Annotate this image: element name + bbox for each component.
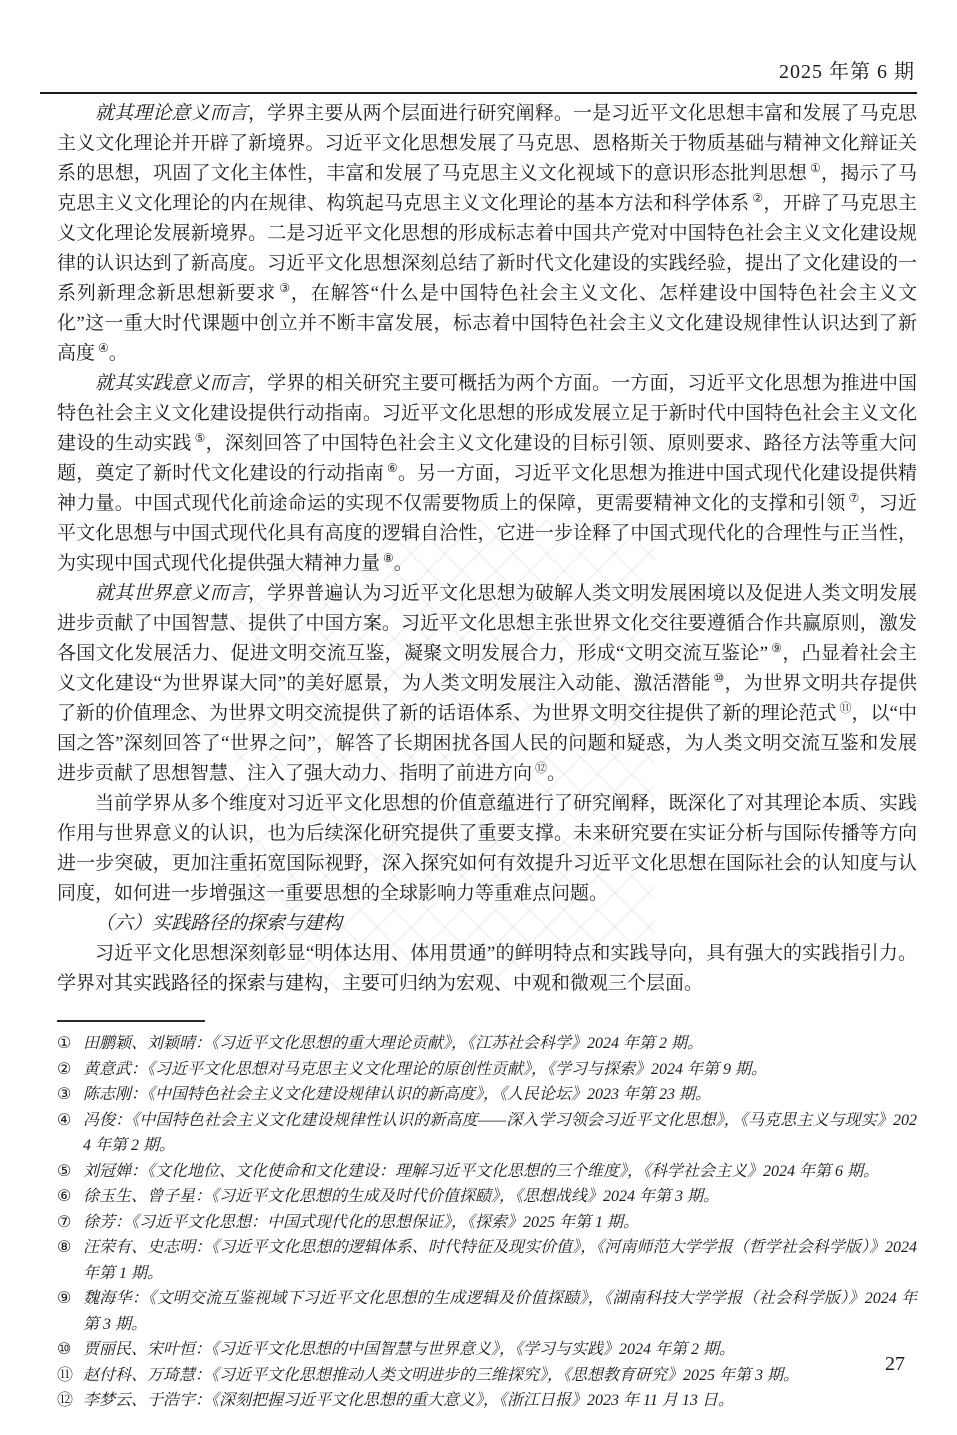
footnote-ref: ⑫ xyxy=(535,761,547,775)
footnotes-section: ①田鹏颖、刘颖晴：《习近平文化思想的重大理论贡献》，《江苏社会科学》2024 年… xyxy=(57,1031,917,1414)
footnote-item: ⑪赵付科、万琦慧：《习近平文化思想推动人类文明进步的三维探究》，《思想教育研究》… xyxy=(57,1363,917,1389)
footnote-marker: ⑪ xyxy=(57,1363,83,1389)
body-paragraph: 就其理论意义而言，学界主要从两个层面进行研究阐释。一是习近平文化思想丰富和发展了… xyxy=(57,99,917,369)
footnote-text: 徐芳：《习近平文化思想：中国式现代化的思想保证》，《探索》2025 年第 1 期… xyxy=(83,1210,917,1236)
footnote-ref: ④ xyxy=(98,341,109,355)
article-body: 就其理论意义而言，学界主要从两个层面进行研究阐释。一是习近平文化思想丰富和发展了… xyxy=(57,99,917,1414)
footnote-marker: ⑦ xyxy=(57,1210,83,1236)
lead-phrase: 就其实践意义而言 xyxy=(95,373,248,394)
body-paragraph: 就其世界意义而言，学界普遍认为习近平文化思想为破解人类文明发展困境以及促进人类文… xyxy=(57,579,917,789)
footnote-marker: ④ xyxy=(57,1108,83,1159)
journal-page: 2025 年第 6 期 就其理论意义而言，学界主要从两个层面进行研究阐释。一是习… xyxy=(0,0,957,1435)
footnote-marker: ⑫ xyxy=(57,1388,83,1414)
body-paragraph: 习近平文化思想深刻彰显“明体达用、体用贯通”的鲜明特点和实践导向，具有强大的实践… xyxy=(57,939,917,999)
footnote-text: 陈志刚：《中国特色社会主义文化建设规律认识的新高度》，《人民论坛》2023 年第… xyxy=(83,1082,917,1108)
footnote-text: 刘冠婵：《文化地位、文化使命和文化建设：理解习近平文化思想的三个维度》，《科学社… xyxy=(83,1159,917,1185)
footnote-marker: ⑧ xyxy=(57,1235,83,1286)
footnote-text: 魏海华：《文明交流互鉴视域下习近平文化思想的生成逻辑及价值探赜》，《湖南科技大学… xyxy=(83,1286,917,1337)
footnote-item: ⑦徐芳：《习近平文化思想：中国式现代化的思想保证》，《探索》2025 年第 1 … xyxy=(57,1210,917,1236)
footnote-item: ⑥徐玉生、曾子星：《习近平文化思想的生成及时代价值探赜》，《思想战线》2024 … xyxy=(57,1184,917,1210)
footnote-item: ①田鹏颖、刘颖晴：《习近平文化思想的重大理论贡献》，《江苏社会科学》2024 年… xyxy=(57,1031,917,1057)
footnote-marker: ⑥ xyxy=(57,1184,83,1210)
footnote-divider xyxy=(57,1020,205,1022)
footnote-text: 冯俊：《中国特色社会主义文化建设规律性认识的新高度——深入学习领会习近平文化思想… xyxy=(83,1108,917,1159)
issue-label: 2025 年第 6 期 xyxy=(779,55,915,84)
footnote-text: 汪荣有、史志明：《习近平文化思想的逻辑体系、时代特征及现实价值》，《河南师范大学… xyxy=(83,1235,917,1286)
footnote-item: ④冯俊：《中国特色社会主义文化建设规律性认识的新高度——深入学习领会习近平文化思… xyxy=(57,1108,917,1159)
footnote-item: ③陈志刚：《中国特色社会主义文化建设规律认识的新高度》，《人民论坛》2023 年… xyxy=(57,1082,917,1108)
footnote-item: ⑧汪荣有、史志明：《习近平文化思想的逻辑体系、时代特征及现实价值》，《河南师范大… xyxy=(57,1235,917,1286)
footnote-ref: ⑥ xyxy=(387,461,398,475)
footnote-text: 田鹏颖、刘颖晴：《习近平文化思想的重大理论贡献》，《江苏社会科学》2024 年第… xyxy=(83,1031,917,1057)
footnote-item: ⑩贾丽民、宋叶恒：《习近平文化思想的中国智慧与世界意义》，《学习与实践》2024… xyxy=(57,1337,917,1363)
footnote-item: ⑤刘冠婵：《文化地位、文化使命和文化建设：理解习近平文化思想的三个维度》，《科学… xyxy=(57,1159,917,1185)
footnote-item: ⑨魏海华：《文明交流互鉴视域下习近平文化思想的生成逻辑及价值探赜》，《湖南科技大… xyxy=(57,1286,917,1337)
footnote-text: 赵付科、万琦慧：《习近平文化思想推动人类文明进步的三维探究》，《思想教育研究》2… xyxy=(83,1363,917,1389)
footnote-ref: ① xyxy=(810,161,821,175)
footnote-text: 黄意武：《习近平文化思想对马克思主义文化理论的原创性贡献》，《学习与探索》202… xyxy=(83,1057,917,1083)
footnote-text: 徐玉生、曾子星：《习近平文化思想的生成及时代价值探赜》，《思想战线》2024 年… xyxy=(83,1184,917,1210)
footnote-ref: ⑪ xyxy=(840,701,852,715)
footnote-ref: ⑦ xyxy=(849,491,860,505)
body-paragraph: 当前学界从多个维度对习近平文化思想的价值意蕴进行了研究阐释，既深化了对其理论本质… xyxy=(57,789,917,909)
footnote-ref: ⑤ xyxy=(195,431,206,445)
page-number: 27 xyxy=(885,1353,905,1376)
footnote-ref: ③ xyxy=(279,281,291,295)
footnote-marker: ② xyxy=(57,1057,83,1083)
section-heading: （六）实践路径的探索与建构 xyxy=(57,909,917,939)
header-rule xyxy=(40,92,917,94)
paragraphs-container: 就其理论意义而言，学界主要从两个层面进行研究阐释。一是习近平文化思想丰富和发展了… xyxy=(57,99,917,999)
footnote-item: ②黄意武：《习近平文化思想对马克思主义文化理论的原创性贡献》，《学习与探索》20… xyxy=(57,1057,917,1083)
lead-phrase: 就其理论意义而言 xyxy=(95,103,248,124)
footnote-text: 李梦云、于浩宇：《深刻把握习近平文化思想的重大意义》，《浙江日报》2023 年 … xyxy=(83,1388,917,1414)
footnote-ref: ⑨ xyxy=(771,641,782,655)
footnote-marker: ⑨ xyxy=(57,1286,83,1337)
footnote-marker: ⑩ xyxy=(57,1337,83,1363)
footnote-ref: ⑧ xyxy=(383,551,394,565)
footnote-item: ⑫李梦云、于浩宇：《深刻把握习近平文化思想的重大意义》，《浙江日报》2023 年… xyxy=(57,1388,917,1414)
footnote-marker: ⑤ xyxy=(57,1159,83,1185)
footnote-ref: ② xyxy=(752,191,763,205)
footnote-ref: ⑩ xyxy=(713,671,724,685)
footnote-text: 贾丽民、宋叶恒：《习近平文化思想的中国智慧与世界意义》，《学习与实践》2024 … xyxy=(83,1337,917,1363)
body-paragraph: 就其实践意义而言，学界的相关研究主要可概括为两个方面。一方面，习近平文化思想为推… xyxy=(57,369,917,579)
footnote-marker: ③ xyxy=(57,1082,83,1108)
footnote-marker: ① xyxy=(57,1031,83,1057)
lead-phrase: 就其世界意义而言 xyxy=(95,583,248,604)
